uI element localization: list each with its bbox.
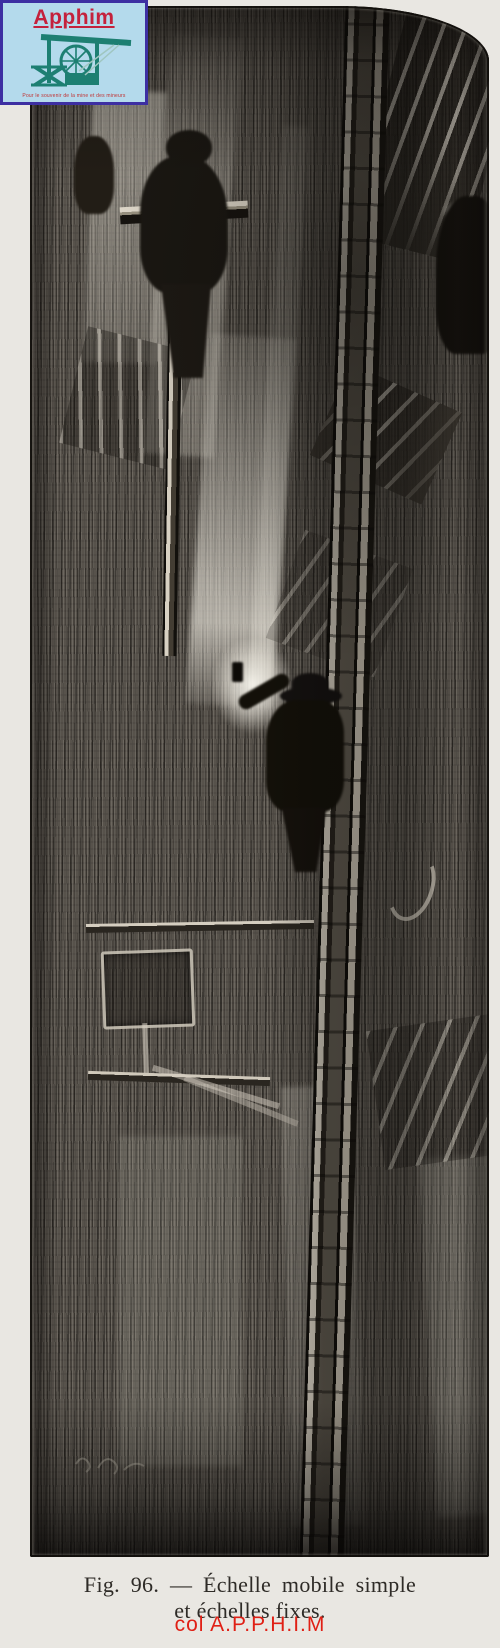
- scanned-page: Apphim Pour le souvenir de la mine et de…: [0, 0, 500, 1648]
- engraving-shading: [30, 6, 489, 1557]
- mine-headframe-icon: [19, 31, 135, 91]
- figure-caption-line1: Fig. 96. — Échelle mobile simple: [0, 1572, 500, 1598]
- apphim-logo-card: Apphim Pour le souvenir de la mine et de…: [0, 0, 148, 105]
- apphim-logo-tagline: Pour le souvenir de la mine et des mineu…: [3, 93, 145, 99]
- apphim-logo-title: Apphim: [3, 6, 145, 30]
- engraving-illustration: [30, 6, 489, 1557]
- collection-watermark: col A.P.P.H.I.M: [0, 1613, 500, 1637]
